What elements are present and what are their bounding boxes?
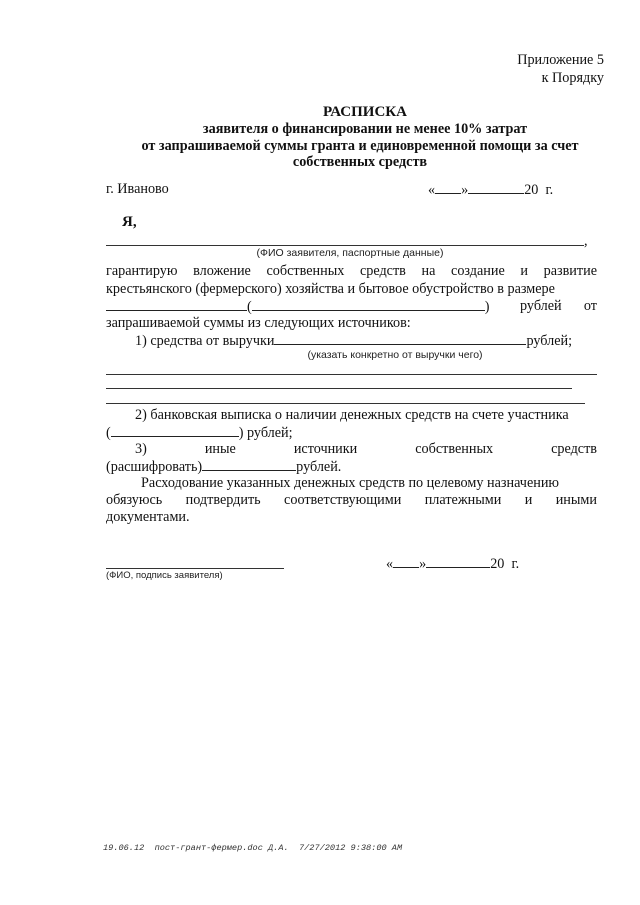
date-field[interactable]: «»20 г. bbox=[428, 181, 553, 198]
word: обязуюсь bbox=[106, 492, 162, 508]
paragraph1-line2: крестьянского (фермерского) хозяйства и … bbox=[106, 281, 555, 297]
title-subline-1: заявителя о финансировании не менее 10% … bbox=[0, 121, 640, 137]
city: г. Иваново bbox=[106, 181, 169, 197]
word: собственных bbox=[266, 263, 344, 279]
item1-extra-line-1[interactable] bbox=[106, 374, 597, 375]
item1-revenue-blank[interactable] bbox=[274, 332, 526, 345]
sig-day-blank[interactable] bbox=[393, 555, 419, 568]
word: создание bbox=[451, 263, 505, 279]
item1-revenue: 1) средства от выручкирублей; bbox=[135, 332, 572, 349]
item3-amount-blank[interactable] bbox=[202, 458, 296, 471]
paragraph1-line1: гарантирую вложение собственных средств … bbox=[106, 263, 597, 279]
signature-blank[interactable] bbox=[106, 568, 284, 569]
signature-caption: (ФИО, подпись заявителя) bbox=[106, 570, 223, 582]
word: собственных bbox=[415, 441, 493, 457]
document-footer: 19.06.12 пост-грант-фермер.doc Д.А. 7/27… bbox=[103, 843, 402, 853]
word: иные bbox=[205, 441, 236, 457]
year-prefix: 20 bbox=[524, 182, 538, 198]
applicant-name-blank[interactable] bbox=[106, 245, 584, 246]
applicant-line-comma: , bbox=[584, 233, 588, 249]
title-subline-3: собственных средств bbox=[0, 154, 640, 170]
signature-date-field[interactable]: «»20 г. bbox=[386, 555, 519, 572]
word: развитие bbox=[544, 263, 597, 279]
item1-extra-line-3[interactable] bbox=[106, 403, 585, 404]
year-suffix: г. bbox=[545, 182, 553, 198]
item3-suffix: рублей. bbox=[296, 459, 341, 475]
rubles-word: рублей bbox=[520, 298, 562, 314]
sig-date-close-quote: » bbox=[419, 556, 426, 572]
appendix-order: к Порядку bbox=[542, 70, 604, 86]
applicant-pronoun: Я, bbox=[122, 214, 137, 231]
title-subline-2: от запрашиваемой суммы гранта и единовре… bbox=[0, 138, 640, 154]
word: соответствующими bbox=[284, 492, 401, 508]
sig-month-blank[interactable] bbox=[426, 555, 490, 568]
word: источники bbox=[294, 441, 357, 457]
amount-digits-blank[interactable] bbox=[106, 298, 247, 311]
paragraph1-line4: запрашиваемой суммы из следующих источни… bbox=[106, 315, 411, 331]
word: 3) bbox=[135, 441, 147, 457]
sig-year-suffix: г. bbox=[511, 556, 519, 572]
word: средств bbox=[360, 263, 406, 279]
from-word: от bbox=[584, 298, 597, 314]
sig-year-prefix: 20 bbox=[490, 556, 504, 572]
date-close-quote: » bbox=[461, 182, 468, 198]
month-blank[interactable] bbox=[468, 181, 524, 194]
item1-suffix: рублей; bbox=[526, 333, 572, 349]
word: средств bbox=[551, 441, 597, 457]
applicant-caption: (ФИО заявителя, паспортные данные) bbox=[230, 247, 470, 259]
day-blank[interactable] bbox=[435, 181, 461, 194]
word: иными bbox=[556, 492, 597, 508]
item3-line2: (расшифровать)рублей. bbox=[106, 458, 341, 475]
paren-close: ) bbox=[485, 299, 490, 315]
item2-amount-blank[interactable] bbox=[111, 424, 239, 437]
appendix-number: Приложение 5 bbox=[517, 52, 604, 68]
word: платежными bbox=[425, 492, 502, 508]
item1-extra-line-2[interactable] bbox=[106, 388, 572, 389]
paragraph1-line3: () рублей от bbox=[106, 298, 597, 315]
amount-words-blank[interactable] bbox=[252, 298, 485, 311]
item3-line1: 3) иные источники собственных средств bbox=[135, 441, 597, 457]
document-title: РАСПИСКА bbox=[0, 104, 640, 121]
item2-amount: () рублей; bbox=[106, 424, 293, 441]
word: вложение bbox=[193, 263, 251, 279]
paragraph2-line2: обязуюсь подтвердить соответствующими пл… bbox=[106, 492, 597, 508]
date-open-quote: « bbox=[428, 182, 435, 198]
paragraph2-line3: документами. bbox=[106, 509, 190, 525]
word: и bbox=[520, 263, 528, 279]
item1-caption: (указать конкретно от выручки чего) bbox=[280, 349, 510, 361]
item2-suffix: ) рублей; bbox=[239, 425, 293, 441]
item3-label: (расшифровать) bbox=[106, 459, 202, 475]
paragraph2-line1: Расходование указанных денежных средств … bbox=[141, 475, 559, 491]
word: на bbox=[422, 263, 436, 279]
word: и bbox=[525, 492, 533, 508]
sig-date-open-quote: « bbox=[386, 556, 393, 572]
item1-label: 1) средства от выручки bbox=[135, 333, 274, 349]
item2-bank-statement: 2) банковская выписка о наличии денежных… bbox=[135, 407, 569, 423]
word: гарантирую bbox=[106, 263, 178, 279]
word: подтвердить bbox=[186, 492, 261, 508]
